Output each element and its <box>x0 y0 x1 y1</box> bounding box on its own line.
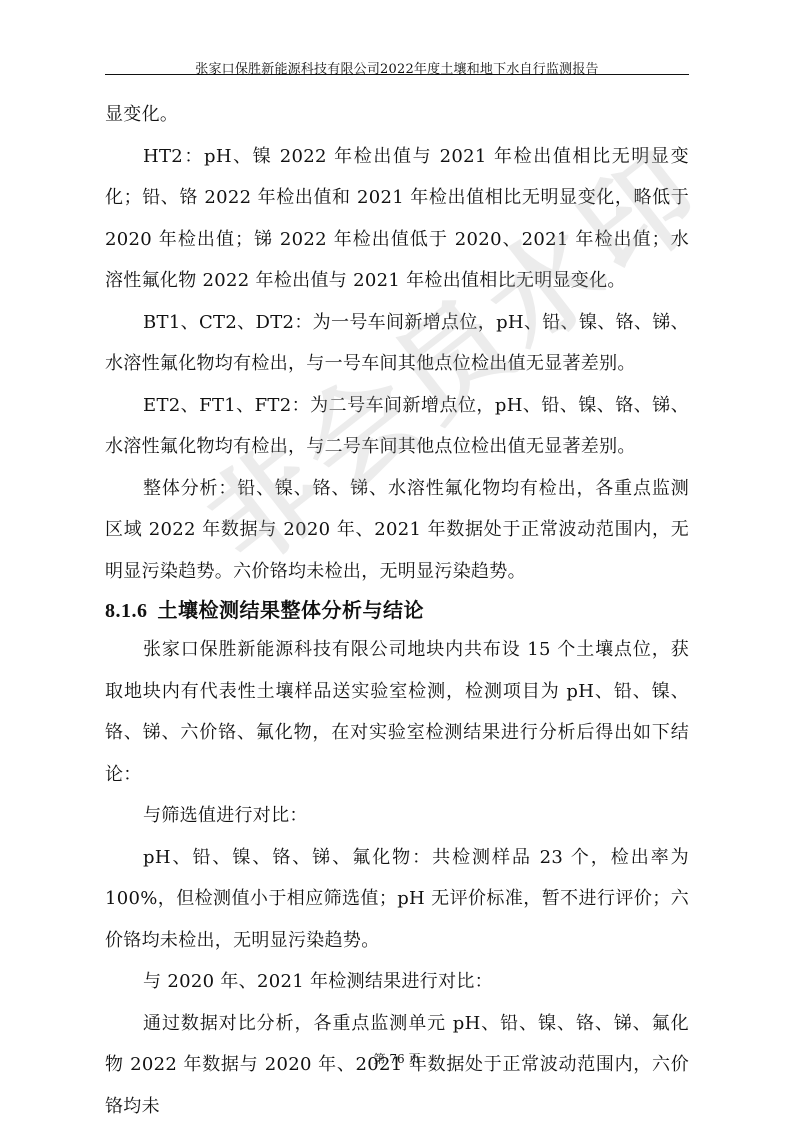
document-body: 显变化。 HT2：pH、镍 2022 年检出值与 2021 年检出值相比无明显变… <box>105 94 689 1123</box>
section-number: 8.1.6 <box>105 600 148 622</box>
section-title: 土壤检测结果整体分析与结论 <box>158 598 425 622</box>
paragraph-continuation: 显变化。 <box>105 94 689 136</box>
page-number: 第 76 页 <box>0 1050 794 1067</box>
section-heading: 8.1.6土壤检测结果整体分析与结论 <box>105 592 689 629</box>
paragraph-yearly-comparison-label: 与 2020 年、2021 年检测结果进行对比： <box>105 961 689 1003</box>
paragraph-workshop-1-new-points: BT1、CT2、DT2：为一号车间新增点位，pH、铅、镍、铬、锑、水溶性氟化物均… <box>105 302 689 385</box>
paragraph-soil-points-summary: 张家口保胜新能源科技有限公司地块内共布设 15 个土壤点位，获取地块内有代表性土… <box>105 629 689 795</box>
paragraph-screening-results: pH、铅、镍、铬、锑、氟化物：共检测样品 23 个，检出率为 100%，但检测值… <box>105 837 689 962</box>
paragraph-workshop-2-new-points: ET2、FT1、FT2：为二号车间新增点位，pH、铅、镍、铬、锑、水溶性氟化物均… <box>105 385 689 468</box>
header-divider <box>105 74 689 75</box>
paragraph-overall-analysis: 整体分析：铅、镍、铬、锑、水溶性氟化物均有检出，各重点监测区域 2022 年数据… <box>105 468 689 593</box>
paragraph-screening-comparison-label: 与筛选值进行对比： <box>105 795 689 837</box>
paragraph-ht2: HT2：pH、镍 2022 年检出值与 2021 年检出值相比无明显变化；铅、铬… <box>105 136 689 302</box>
